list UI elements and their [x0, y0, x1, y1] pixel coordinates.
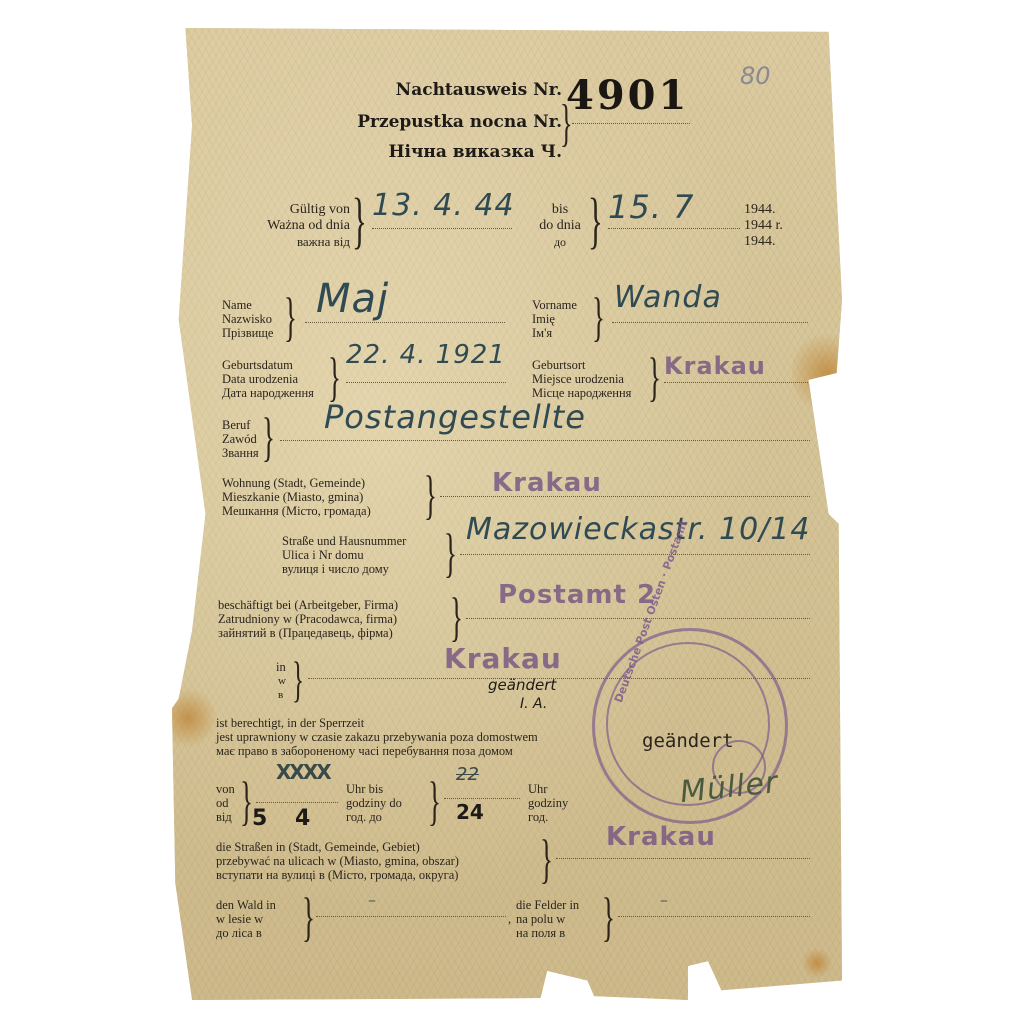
dotted-line: [612, 322, 808, 323]
permission-line-uk: має право в забороненому часі перебуванн…: [216, 744, 513, 758]
year-uk: 1944.: [744, 234, 776, 250]
hours-until-label-de: Uhr bis: [346, 782, 383, 796]
forest-label-uk: до ліса в: [216, 926, 262, 940]
dotted-line: [444, 798, 520, 799]
brace: }: [588, 190, 603, 252]
fields-value[interactable]: –: [660, 890, 668, 909]
valid-to-value[interactable]: 15. 7: [608, 188, 694, 226]
brace: }: [450, 590, 463, 644]
hours-from-struck: XXXX: [276, 760, 330, 784]
fields-label-pl: na polu w: [516, 912, 565, 926]
brace: }: [444, 526, 457, 580]
residence-label-de: Wohnung (Stadt, Gemeinde): [222, 476, 365, 490]
year-pl: 1944 r.: [744, 218, 783, 234]
dotted-line: [280, 440, 810, 441]
birth-place-label-pl: Miejsce urodzenia: [532, 372, 624, 386]
forest-label-de: den Wald in: [216, 898, 276, 912]
residence-label-uk: Мешкання (Місто, громада): [222, 504, 371, 518]
brace: }: [592, 290, 605, 344]
fields-label-de: die Felder in: [516, 898, 579, 912]
in-label-de: in: [276, 660, 286, 674]
birth-date-label-pl: Data urodzenia: [222, 372, 298, 386]
first-name-label-pl: Imię: [532, 312, 555, 326]
dotted-line: [664, 382, 808, 383]
dotted-line: [466, 618, 810, 619]
birth-date-label-de: Geburtsdatum: [222, 358, 293, 372]
changed-annotation: geändert: [488, 676, 556, 694]
in-label-uk: в: [278, 688, 283, 702]
forest-label-pl: w lesie w: [216, 912, 263, 926]
in-label-pl: w: [278, 674, 286, 688]
pass-number: 4901: [566, 72, 689, 119]
residence-label-pl: Mieszkanie (Miasto, gmina): [222, 490, 363, 504]
year-de: 1944.: [744, 202, 776, 218]
first-name-value[interactable]: Wanda: [614, 280, 722, 315]
hours-until-label-uk: год. до: [346, 810, 382, 824]
title-ukrainian: Нічна виказка Ч.: [300, 141, 562, 163]
occupation-value[interactable]: Postangestellte: [324, 398, 586, 436]
water-stain: [158, 688, 218, 748]
street-label-uk: вулиця і число дому: [282, 562, 389, 576]
streets-label-uk: вступати на вулиці в (Місто, громада, ок…: [216, 868, 458, 882]
residence-stamp: Krakau: [492, 468, 602, 498]
birth-date-label-uk: Дата народження: [222, 386, 314, 400]
dotted-line: [556, 858, 810, 859]
hours-from-label-uk: від: [216, 810, 232, 824]
dotted-line: [608, 228, 740, 229]
occupation-label-pl: Zawód: [222, 432, 257, 446]
dotted-line: [372, 228, 512, 229]
employer-label-de: beschäftigt bei (Arbeitgeber, Firma): [218, 598, 398, 612]
occupation-label-de: Beruf: [222, 418, 250, 432]
fields-prefix: ,: [508, 912, 511, 926]
brace: }: [648, 350, 661, 404]
first-name-label-uk: Ім'я: [532, 326, 552, 340]
dotted-line: [618, 916, 810, 917]
street-label-de: Straße und Hausnummer: [282, 534, 406, 548]
brace: }: [540, 832, 553, 886]
streets-label-de: die Straßen in (Stadt, Gemeinde, Gebiet): [216, 840, 420, 854]
dotted-line: [305, 322, 505, 323]
permission-line-de: ist berechtigt, in der Sperrzeit: [216, 716, 364, 730]
forest-value[interactable]: –: [368, 890, 376, 909]
employer-label-uk: зайнятий в (Працедавець, фірма): [218, 626, 393, 640]
valid-from-label-pl: Ważna od dnia: [210, 218, 350, 234]
birth-place-label-de: Geburtsort: [532, 358, 585, 372]
hours-unit-uk: год.: [528, 810, 548, 824]
hours-from-label-de: von: [216, 782, 235, 796]
hours-unit-de: Uhr: [528, 782, 547, 796]
pencil-note: 80: [740, 62, 771, 90]
title-polish: Przepustka nocna Nr.: [300, 111, 562, 133]
hours-from-value[interactable]: 5 4: [252, 806, 310, 831]
brace: }: [284, 290, 297, 344]
hours-until-label-pl: godziny do: [346, 796, 402, 810]
valid-from-label-uk: важна від: [210, 234, 350, 250]
fields-label-uk: на поля в: [516, 926, 565, 940]
valid-from-label-de: Gültig von: [210, 202, 350, 218]
brace: }: [602, 890, 615, 944]
birth-date-value[interactable]: 22. 4. 1921: [346, 340, 506, 370]
dotted-line: [572, 123, 690, 124]
occupation-label-uk: Звання: [222, 446, 259, 460]
streets-label-pl: przebywać na ulicach w (Miasto, gmina, o…: [216, 854, 459, 868]
employer-label-pl: Zatrudniony w (Pracodawca, firma): [218, 612, 397, 626]
surname-label-de: Name: [222, 298, 252, 312]
valid-from-value[interactable]: 13. 4. 44: [372, 188, 515, 223]
changed-initials: I. A.: [520, 696, 547, 712]
permission-line-pl: jest uprawniony w czasie zakazu przebywa…: [216, 730, 538, 744]
brace: }: [424, 468, 437, 522]
water-stain: [792, 328, 862, 418]
brace: }: [428, 774, 441, 828]
hours-from-label-pl: od: [216, 796, 229, 810]
dotted-line: [440, 496, 810, 497]
hours-until-value[interactable]: 24: [456, 800, 484, 824]
birth-place-stamp: Krakau: [664, 352, 766, 380]
street-label-pl: Ulica i Nr domu: [282, 548, 364, 562]
employer-stamp: Postamt 2: [498, 580, 656, 610]
dotted-line: [460, 554, 810, 555]
dotted-line: [316, 916, 506, 917]
surname-label-pl: Nazwisko: [222, 312, 272, 326]
street-value[interactable]: Mazowieckastr. 10/14: [466, 512, 810, 547]
hours-unit-pl: godziny: [528, 796, 568, 810]
first-name-label-de: Vorname: [532, 298, 577, 312]
brace: }: [328, 350, 341, 404]
title-german: Nachtausweis Nr.: [300, 79, 562, 101]
brace: }: [292, 654, 304, 704]
brace: }: [352, 190, 367, 252]
employer-city-stamp: Krakau: [444, 642, 562, 675]
dotted-line: [346, 382, 506, 383]
stamp-city: Krakau: [606, 822, 716, 852]
dotted-line: [256, 802, 338, 803]
surname-label-uk: Прізвище: [222, 326, 273, 340]
water-stain: [802, 948, 832, 978]
surname-value[interactable]: Maj: [316, 276, 389, 322]
hours-until-struck: 22: [456, 764, 479, 785]
brace: }: [262, 410, 275, 464]
brace: }: [302, 890, 315, 944]
